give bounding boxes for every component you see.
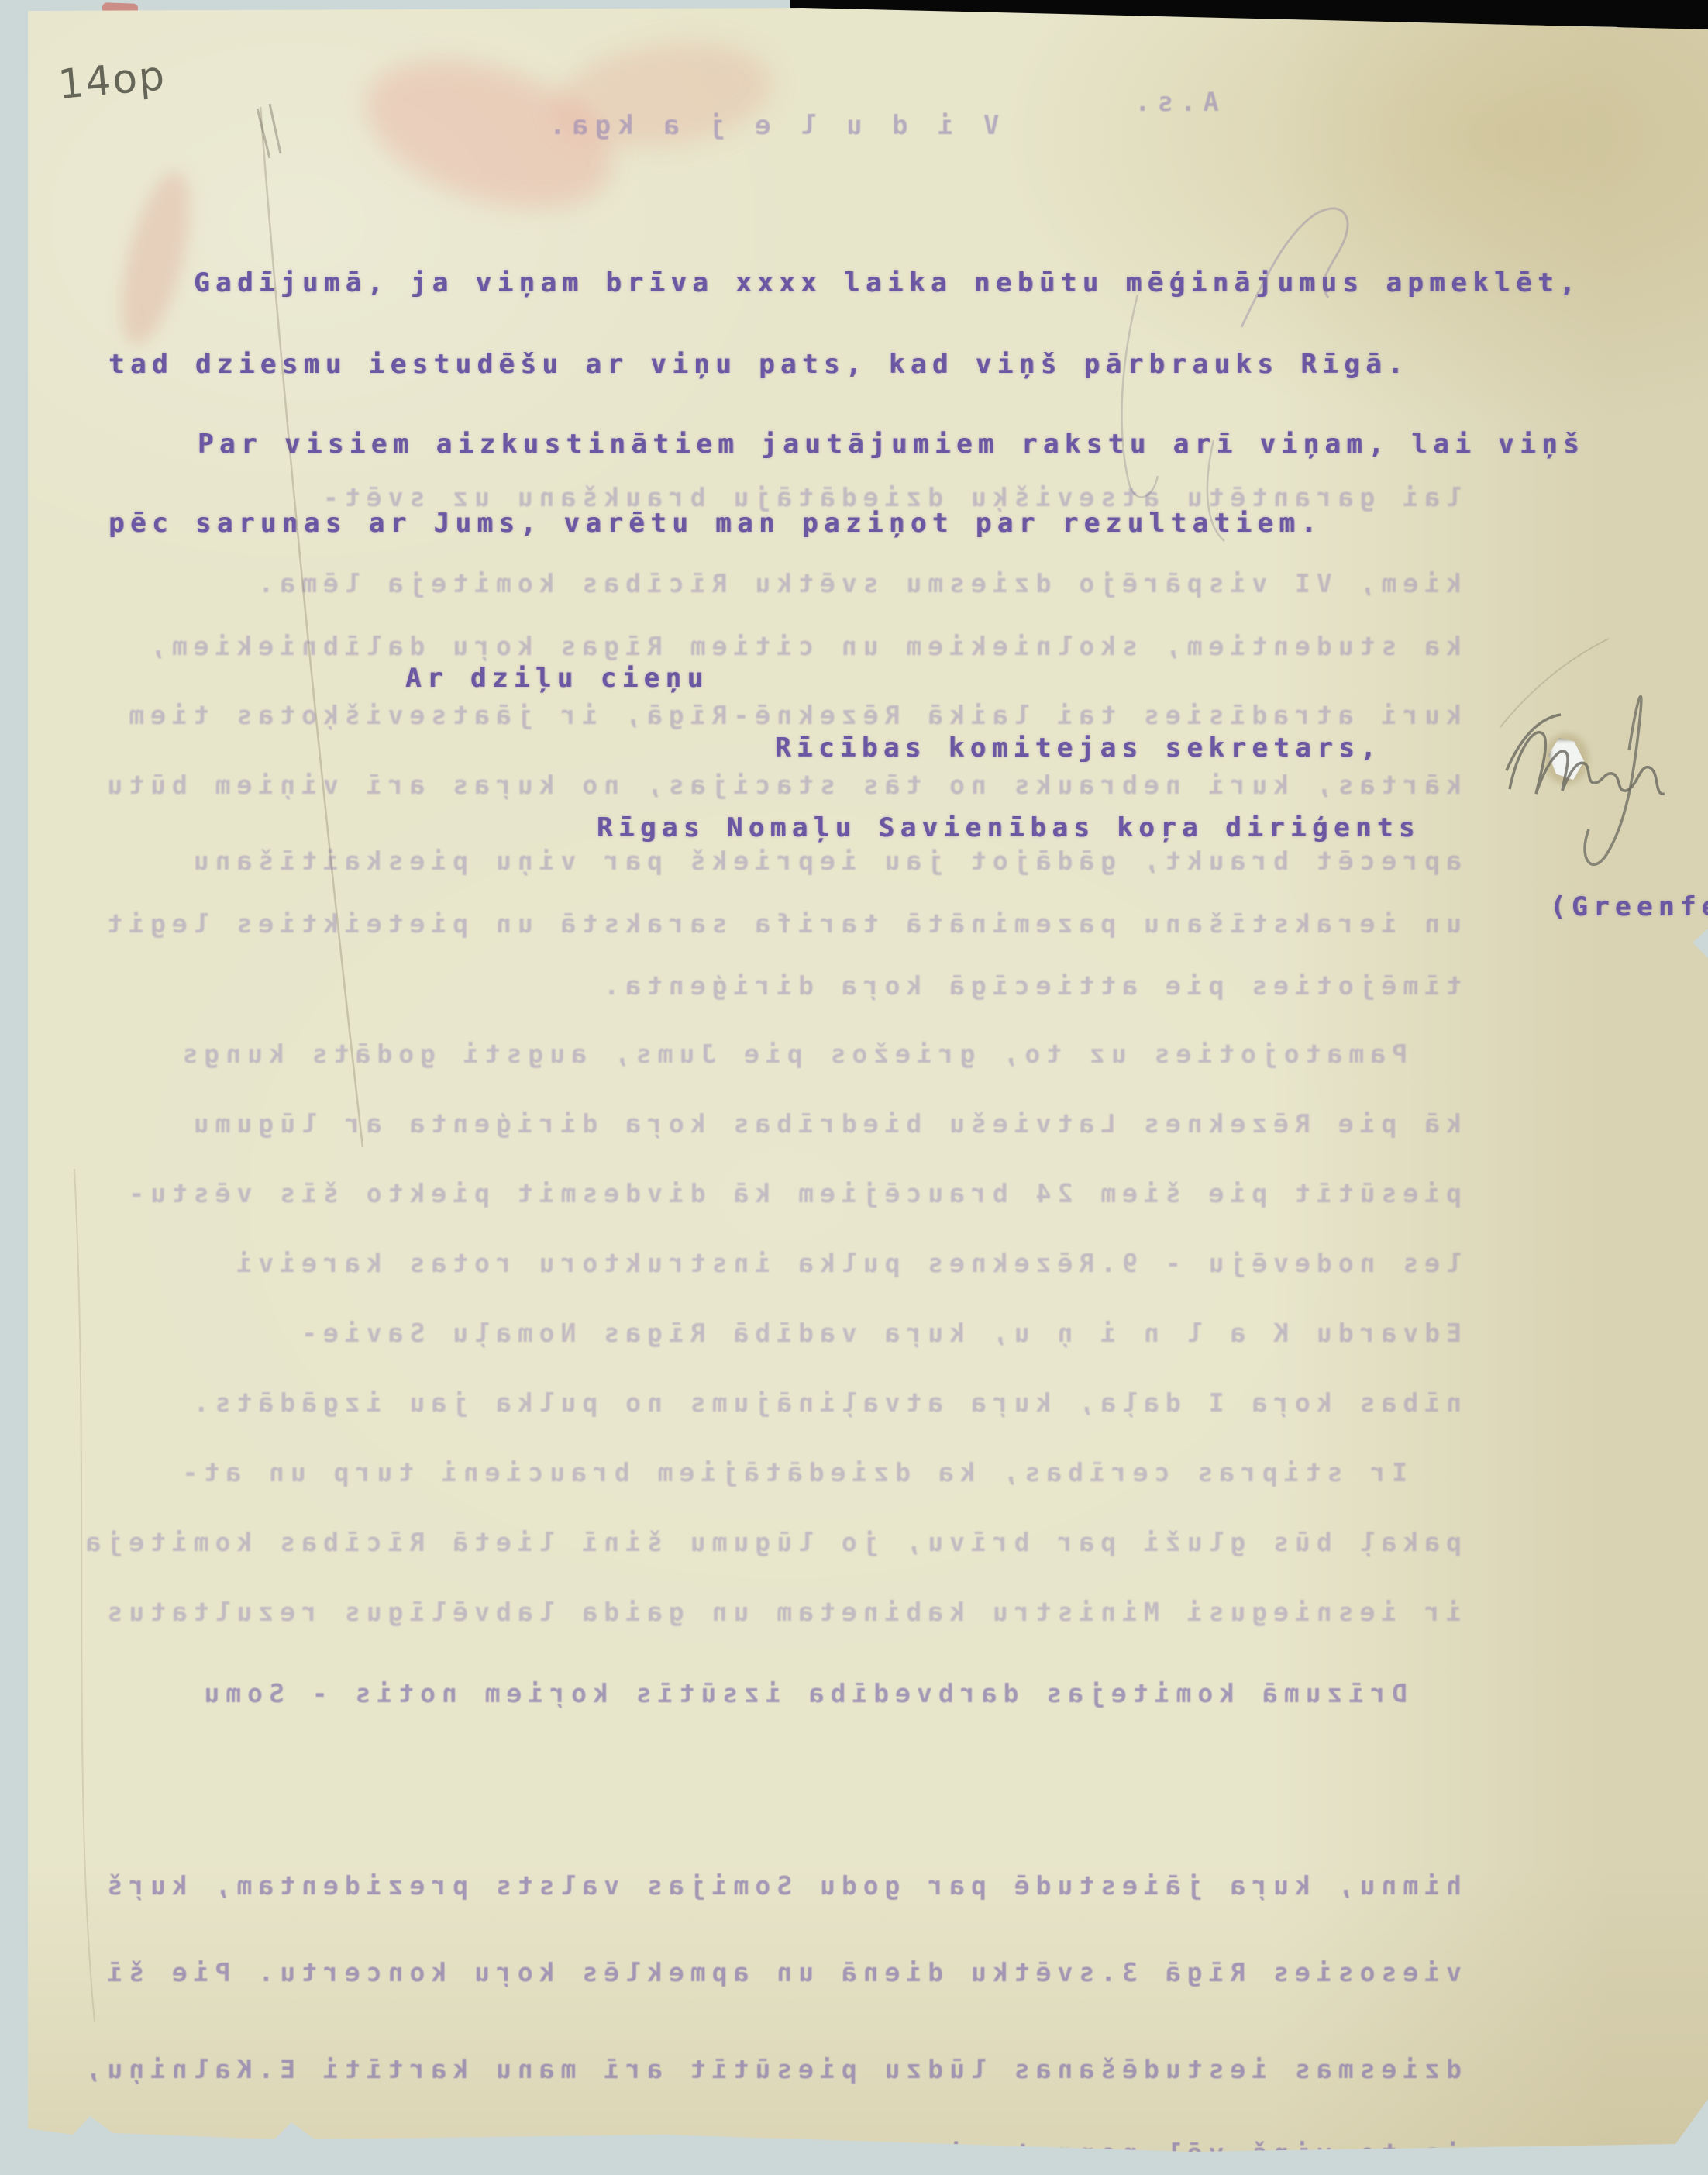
typed-line: tad dziesmu iestudēšu ar viņu pats, kad … — [108, 349, 1409, 380]
bleedthrough-line: himnu, kuŗa jāiestudē par godu Somijas v… — [101, 1870, 1462, 1901]
bleedthrough-line: dziesmas iestudēšanas lūdzu piesūtīt arī… — [79, 2054, 1462, 2084]
bleedthrough-line: aprecēt braukt, gādājot jau iepriekš par… — [188, 846, 1462, 876]
letter-page: 14op A.s. V i d u l e j a kga. lai garan… — [28, 6, 1708, 2169]
signature-title-conductor: Rīgas Nomaļu Savienības koŗa diriģents — [597, 812, 1420, 843]
bleedthrough-line: Drīzumā komitejas darbvedība izsūtīs koŗ… — [198, 1678, 1407, 1708]
typed-line: pēc sarunas ar Jums, varētu man paziņot … — [108, 508, 1322, 539]
bleedthrough-line: Pamatojoties uz to, griežos pie Jums, au… — [177, 1039, 1407, 1069]
bleedthrough-line: piesūtīt pie šiem 24 braucējiem kā divde… — [122, 1178, 1462, 1208]
bleedthrough-line: kuri atradīsies tai laikā Rēzeknē-Rīgā, … — [122, 700, 1462, 730]
bleedthrough-line: kiem, VI vispārējo dziesmu svētku Rīcība… — [252, 568, 1462, 598]
bleedthrough-line: ja to viņš vēl neprot, ja tas iespējams,… — [122, 2138, 1462, 2168]
bleedthrough-line: ir iesniegusi Ministru kabinetam un gaid… — [101, 1597, 1462, 1627]
bleedthrough-line: les nodevēju - 9.Rēzeknes pulka instrukt… — [231, 1248, 1462, 1278]
bleedthrough-line: pakaļ būs gluži par brīvu, jo lūgumu šin… — [79, 1527, 1462, 1557]
closing-salutation: Ar dziļu cieņu — [405, 663, 709, 694]
bleedthrough-line: tīmējoties pie attiecīgā koŗa diriģenta. — [597, 970, 1462, 1001]
scan-background: 14op A.s. V i d u l e j a kga. lai garan… — [0, 0, 1708, 2175]
handwritten-signature-flourish — [1585, 696, 1641, 864]
bleedthrough-line: kārtas, kuri nebrauks no tās stacijas, n… — [101, 770, 1462, 800]
bleedthrough-line: viesosies Rīgā 3.svētku dienā un apmeklē… — [101, 1957, 1462, 1987]
bleedthrough-line: nības koŗa I daļa, kuŗa atvaļinājums no … — [188, 1387, 1462, 1418]
typed-signature-name: (Greenfe — [1550, 891, 1708, 922]
typed-line: Par visiem aizkustinātiem jautājumiem ra… — [198, 429, 1585, 460]
bleedthrough-line: kā pie Rēzeknes Latviešu biedrības koŗa … — [188, 1108, 1462, 1139]
typed-line: Gadījumā, ja viņam brīva xxxx laika nebū… — [194, 267, 1581, 298]
paper-crease — [1500, 639, 1609, 727]
bleedthrough-line: Ir stipras cerības, ka dziedātājiem brau… — [177, 1457, 1407, 1487]
bleedthrough-line: Edvardu K a l n i ņ u, kuŗa vadībā Rīgas… — [295, 1318, 1462, 1348]
bleedthrough-line: ka studentiem, skolniekiem un citiem Rīg… — [144, 631, 1462, 661]
bleedthrough-line: un ierakstīšanu pazeminātā tarifa saraks… — [101, 908, 1462, 939]
bleedthrough-text-layer: lai garantētu atsevišķu dziedātāju brauk… — [74, 6, 1462, 2169]
signature-title-secretary: Rīcības komitejas sekretars, — [775, 732, 1382, 763]
